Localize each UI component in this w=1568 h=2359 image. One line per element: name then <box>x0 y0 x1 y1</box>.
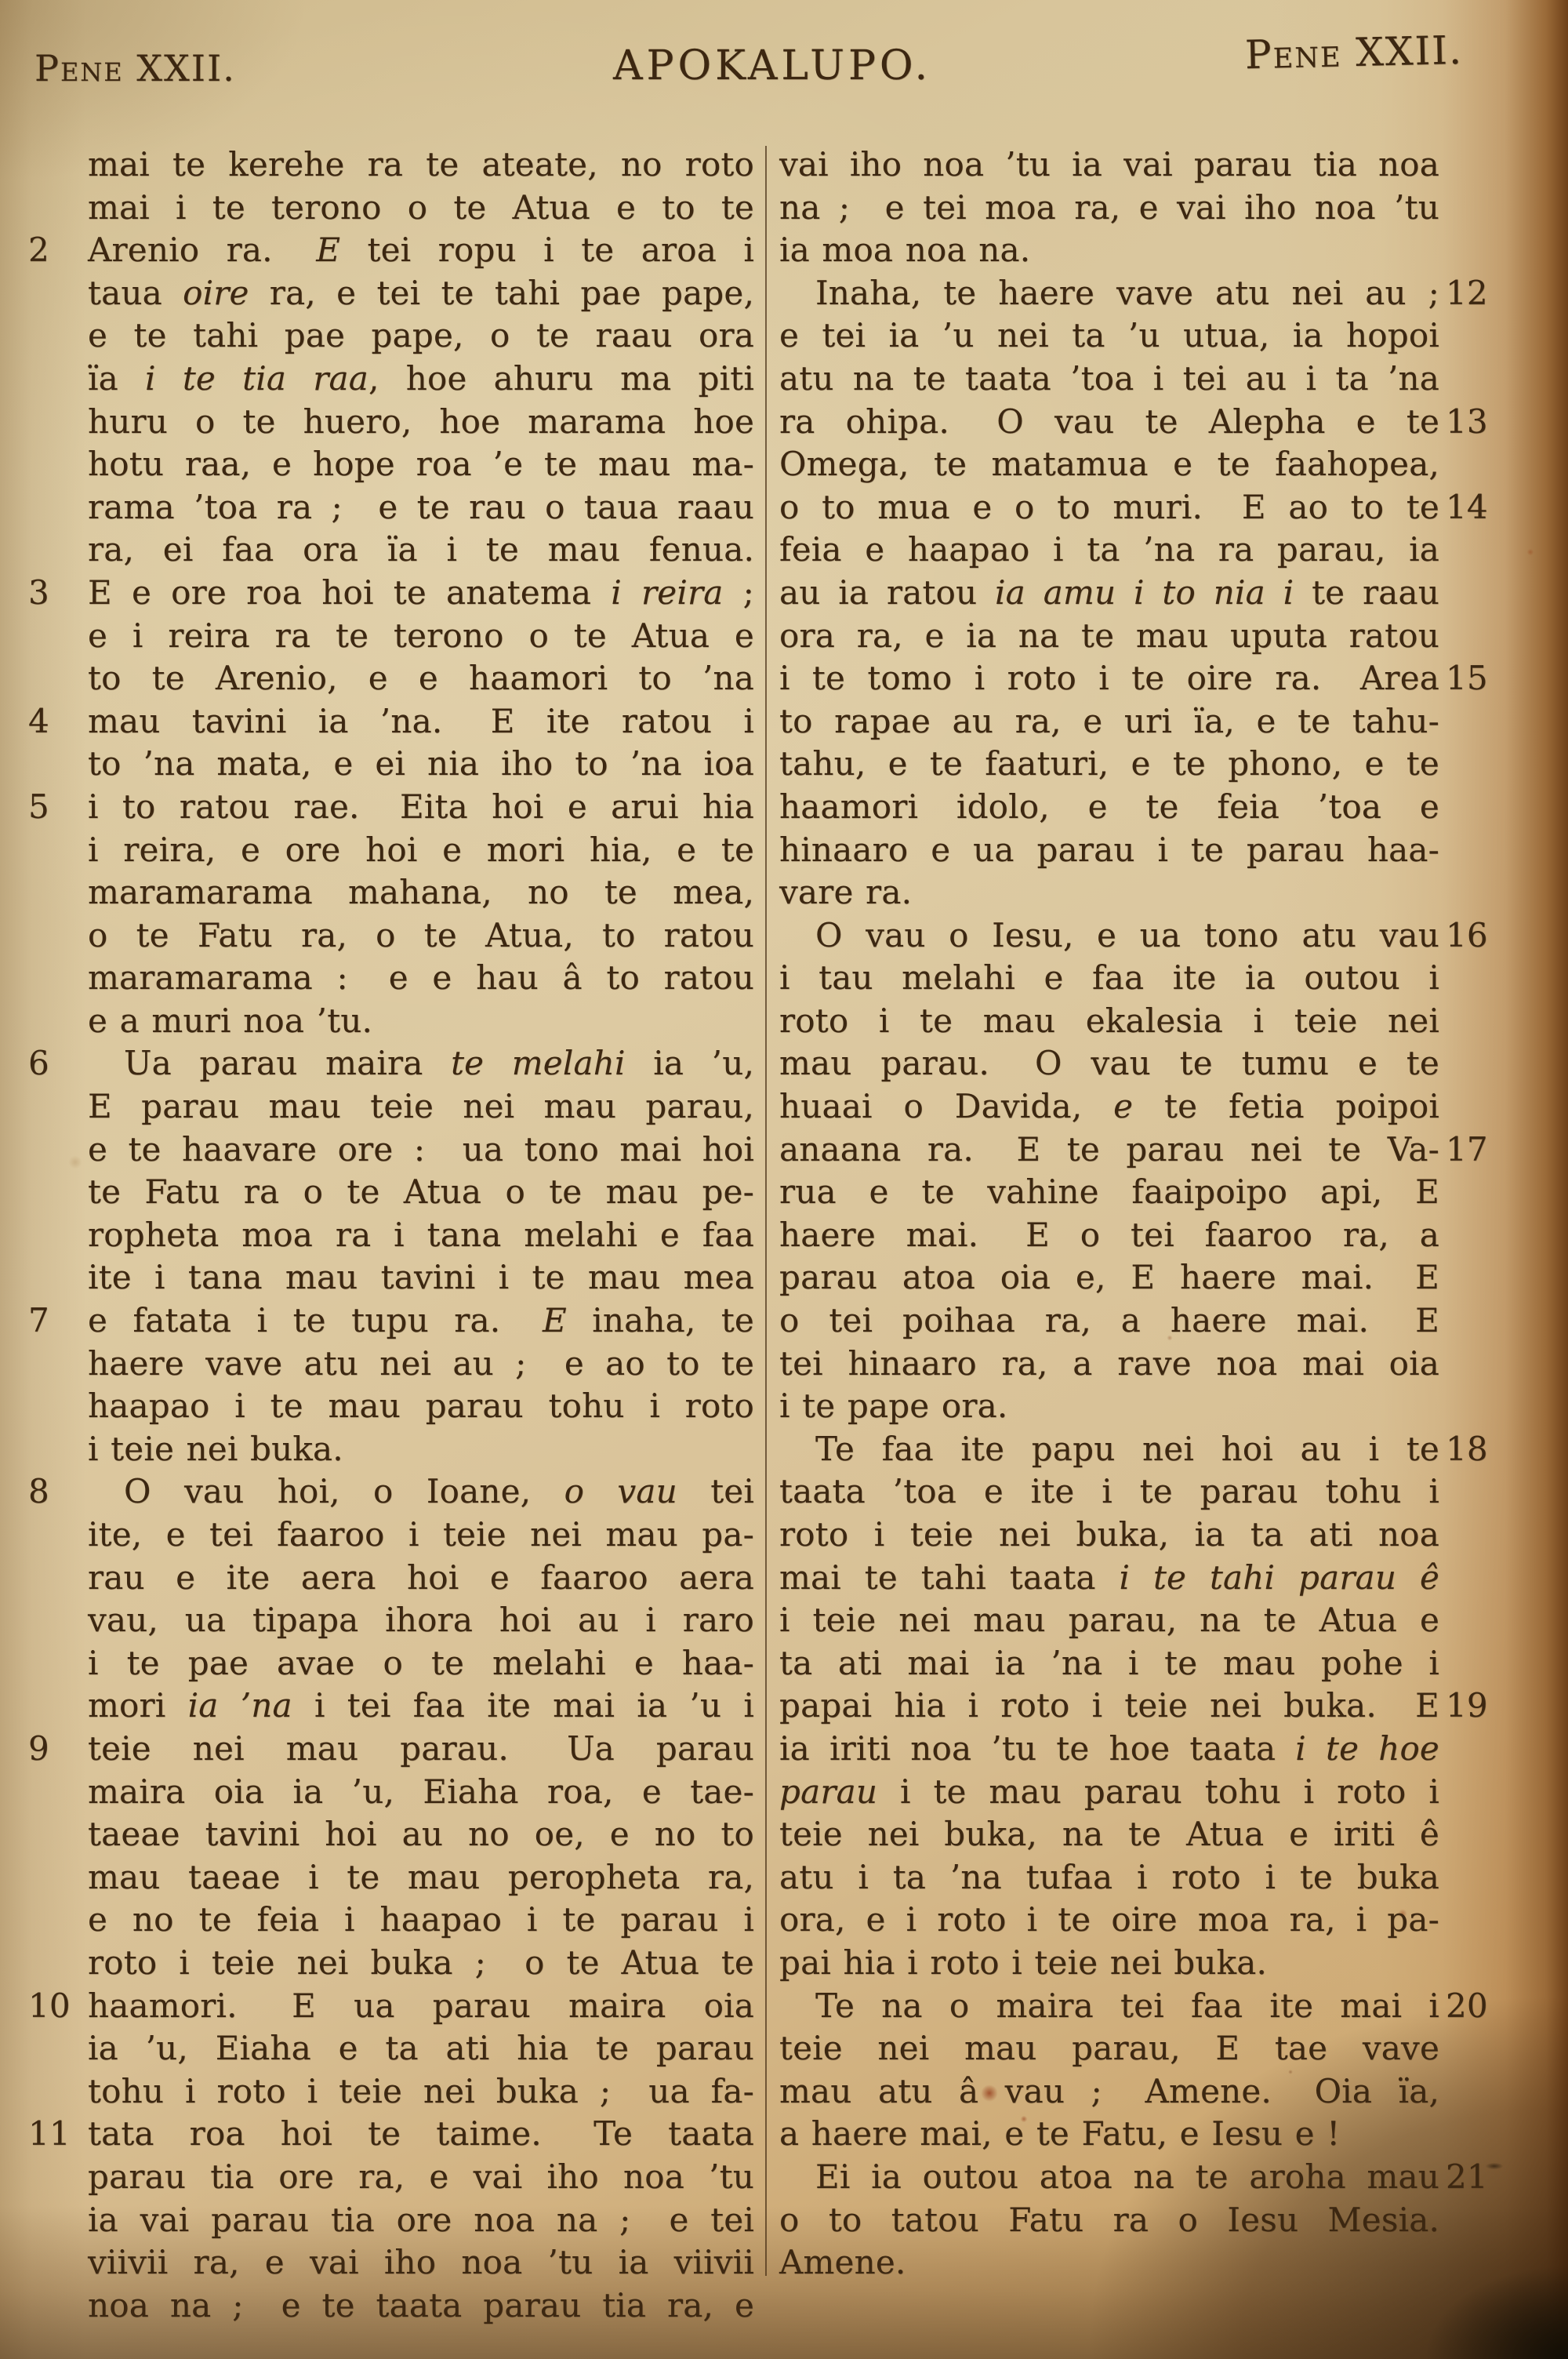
text-line: roto i teie nei buka, ia ta ati noa <box>779 1514 1439 1557</box>
text-line: e te tahi pae pape, o te raau ora <box>88 314 754 358</box>
text-line: to te Arenio, e e haamori to ’na <box>88 657 754 700</box>
verse-number: 16 <box>1446 914 1513 958</box>
text-line: o te Fatu ra, o te Atua, to ratou <box>88 914 754 958</box>
verse-number: 13 <box>1446 401 1513 444</box>
text-line: mai te tahi taata i te tahi parau ê <box>779 1557 1439 1600</box>
verse-number: 15 <box>1446 657 1513 700</box>
text-line: ia iriti noa ’tu te hoe taata i te hoe <box>779 1728 1439 1771</box>
verse-number: 12 <box>1446 272 1513 315</box>
text-line: au ia ratou ia amu i to nia i te raau <box>779 572 1439 615</box>
text-line: 20Te na o maira tei faa ite mai i <box>779 1985 1439 2028</box>
text-line: parau atoa oia e, E haere mai. E <box>779 1256 1439 1299</box>
text-line: to ’na mata, e ei nia iho to ’na ioa <box>88 743 754 786</box>
text-line: o to tatou Fatu ra o Iesu Mesia. <box>779 2199 1439 2242</box>
text-line: mai i te terono o te Atua e to te <box>88 187 754 230</box>
text-line: ropheta moa ra i tana melahi e faa <box>88 1214 754 1257</box>
verse-number: 18 <box>1446 1428 1513 1471</box>
text-line: mori ia ’na i tei faa ite mai ia ’u i <box>88 1685 754 1728</box>
text-line: noa na ; e te taata parau tia ra, e <box>88 2284 754 2328</box>
text-line: huaai o Davida, e te fetia poipoi <box>779 1085 1439 1129</box>
text-line: i reira, e ore hoi e mori hia, e te <box>88 829 754 872</box>
text-line: e i reira ra te terono o te Atua e <box>88 615 754 658</box>
text-line: vare ra. <box>779 871 1439 914</box>
text-line: mau atu â vau ; Amene. Oia ïa, <box>779 2070 1439 2114</box>
text-line: 9teie nei mau parau. Ua parau <box>88 1728 754 1771</box>
verse-number: 11 <box>28 2113 77 2156</box>
text-line: ra, ei faa ora ïa i te mau fenua. <box>88 529 754 572</box>
text-line: 4mau tavini ia ’na. E ite ratou i <box>88 700 754 743</box>
text-line: teie nei buka, na te Atua e iriti ê <box>779 1813 1439 1856</box>
text-line: huru o te huero, hoe marama hoe <box>88 401 754 444</box>
text-line: ora ra, e ia na te mau uputa ratou <box>779 615 1439 658</box>
text-line: 7e fatata i te tupu ra. E inaha, te <box>88 1299 754 1343</box>
text-line: atu na te taata ’toa i tei au i ta ’na <box>779 358 1439 401</box>
text-line: 16O vau o Iesu, e ua tono atu vau <box>779 914 1439 958</box>
text-line: to rapae au ra, e uri ïa, e te tahu- <box>779 700 1439 743</box>
text-line: 2Arenio ra. E tei ropu i te aroa i <box>88 229 754 272</box>
text-line: haapao i te mau parau tohu i roto <box>88 1385 754 1428</box>
text-line: 15i te tomo i roto i te oire ra. Area <box>779 657 1439 700</box>
text-line: e te haavare ore : ua tono mai hoi <box>88 1129 754 1172</box>
text-line: i tau melahi e faa ite ia outou i <box>779 957 1439 1000</box>
text-line: 8O vau hoi, o Ioane, o vau tei <box>88 1470 754 1514</box>
text-line: 17anaana ra. E te parau nei te Va- <box>779 1129 1439 1172</box>
text-line: tei hinaaro ra, a rave noa mai oia <box>779 1343 1439 1386</box>
text-line: o tei poihaa ra, a haere mai. E <box>779 1299 1439 1343</box>
text-line: ia ’u, Eiaha e ta ati hia te parau <box>88 2027 754 2070</box>
verse-number: 5 <box>28 786 77 829</box>
page-title: APOKALUPO. <box>613 42 931 89</box>
text-line: ite i tana mau tavini i te mau mea <box>88 1256 754 1299</box>
text-line: feia e haapao i ta ’na ra parau, ia <box>779 529 1439 572</box>
text-line: maira oia ia ’u, Eiaha roa, e tae- <box>88 1771 754 1814</box>
text-line: ïa i te tia raa, hoe ahuru ma piti <box>88 358 754 401</box>
text-line: 11tata roa hoi te taime. Te taata <box>88 2113 754 2156</box>
text-line: ia vai parau tia ore noa na ; e tei <box>88 2199 754 2242</box>
text-line: taua oire ra, e tei te tahi pae pape, <box>88 272 754 315</box>
text-line: te Fatu ra o te Atua o te mau pe- <box>88 1171 754 1214</box>
verse-number: 19 <box>1446 1685 1513 1728</box>
text-line: tohu i roto i teie nei buka ; ua fa- <box>88 2070 754 2114</box>
text-line: 19papai hia i roto i teie nei buka. E <box>779 1685 1439 1728</box>
verse-number: 7 <box>28 1299 77 1343</box>
text-line: i teie nei buka. <box>88 1428 754 1471</box>
text-line: mai te kerehe ra te ateate, no roto <box>88 144 754 187</box>
verse-number: 17 <box>1446 1129 1513 1172</box>
text-line: roto i te mau ekalesia i teie nei <box>779 1000 1439 1043</box>
verse-number: 14 <box>1446 486 1513 529</box>
text-line: parau tia ore ra, e vai iho noa ’tu <box>88 2156 754 2199</box>
text-line: vau, ua tipapa ihora hoi au i raro <box>88 1599 754 1642</box>
verse-number: 9 <box>28 1728 77 1771</box>
text-line: 10haamori. E ua parau maira oia <box>88 1985 754 2028</box>
right-column: vai iho noa ’tu ia vai parau tia noana ;… <box>779 144 1439 2284</box>
text-line: i te pape ora. <box>779 1385 1439 1428</box>
book-page: Pene XXII. APOKALUPO. Pene XXII. mai te … <box>0 0 1568 2359</box>
text-line: e tei ia ’u nei ta ’u utua, ia hopoi <box>779 314 1439 358</box>
text-line: roto i teie nei buka ; o te Atua te <box>88 1942 754 1985</box>
text-line: 3E e ore roa hoi te anatema i reira ; <box>88 572 754 615</box>
text-line: ora, e i roto i te oire moa ra, i pa- <box>779 1899 1439 1942</box>
verse-number: 6 <box>28 1042 77 1085</box>
verse-number: 2 <box>28 229 77 272</box>
text-line: hinaaro e ua parau i te parau haa- <box>779 829 1439 872</box>
text-line: 21Ei ia outou atoa na te aroha mau <box>779 2156 1439 2199</box>
text-line: tahu, e te faaturi, e te phono, e te <box>779 743 1439 786</box>
text-line: taata ’toa e ite i te parau tohu i <box>779 1470 1439 1514</box>
text-line: viivii ra, e vai iho noa ’tu ia viivii <box>88 2241 754 2284</box>
text-line: mau parau. O vau te tumu e te <box>779 1042 1439 1085</box>
text-line: parau i te mau parau tohu i roto i <box>779 1771 1439 1814</box>
text-line: E parau mau teie nei mau parau, <box>88 1085 754 1129</box>
text-line: i teie nei mau parau, na te Atua e <box>779 1599 1439 1642</box>
text-line: ite, e tei faaroo i teie nei mau pa- <box>88 1514 754 1557</box>
column-divider <box>765 146 767 2276</box>
text-line: taeae tavini hoi au no oe, e no to <box>88 1813 754 1856</box>
text-line: rama ’toa ra ; e te rau o taua raau <box>88 486 754 529</box>
text-line: haere vave atu nei au ; e ao to te <box>88 1343 754 1386</box>
text-line: rua e te vahine faaipoipo api, E <box>779 1171 1439 1214</box>
text-line: haamori idolo, e te feia ’toa e <box>779 786 1439 829</box>
text-line: teie nei mau parau, E tae vave <box>779 2027 1439 2070</box>
text-line: 5i to ratou rae. Eita hoi e arui hia <box>88 786 754 829</box>
verse-number: 20 <box>1446 1985 1513 2028</box>
running-header-left: Pene XXII. <box>34 47 236 89</box>
text-line: Amene. <box>779 2241 1439 2284</box>
text-line: e no te feia i haapao i te parau i <box>88 1899 754 1942</box>
left-column: mai te kerehe ra te ateate, no rotomai i… <box>88 144 754 2327</box>
text-line: ta ati mai ia ’na i te mau pohe i <box>779 1642 1439 1685</box>
verse-number: 21 <box>1446 2156 1513 2199</box>
text-line: Omega, te matamua e te faahopea, <box>779 443 1439 486</box>
text-line: 6Ua parau maira te melahi ia ’u, <box>88 1042 754 1085</box>
text-line: atu i ta ’na tufaa i roto i te buka <box>779 1856 1439 1899</box>
text-line: maramarama mahana, no te mea, <box>88 871 754 914</box>
text-line: a haere mai, e te Fatu, e Iesu e ! <box>779 2113 1439 2156</box>
text-line: haere mai. E o tei faaroo ra, a <box>779 1214 1439 1257</box>
text-line: 14o to mua e o to muri. E ao to te <box>779 486 1439 529</box>
verse-number: 10 <box>28 1985 77 2028</box>
running-header-right: Pene XXII. <box>1244 27 1463 78</box>
verse-number: 3 <box>28 572 77 615</box>
running-header: Pene XXII. APOKALUPO. Pene XXII. <box>0 38 1560 108</box>
text-line: i te pae avae o te melahi e haa- <box>88 1642 754 1685</box>
text-line: vai iho noa ’tu ia vai parau tia noa <box>779 144 1439 187</box>
text-line: pai hia i roto i teie nei buka. <box>779 1942 1439 1985</box>
text-line: hotu raa, e hope roa ’e te mau ma- <box>88 443 754 486</box>
text-line: e a muri noa ’tu. <box>88 1000 754 1043</box>
text-line: rau e ite aera hoi e faaroo aera <box>88 1557 754 1600</box>
text-line: mau taeae i te mau peropheta ra, <box>88 1856 754 1899</box>
text-line: 12Inaha, te haere vave atu nei au ; <box>779 272 1439 315</box>
text-line: maramarama : e e hau â to ratou <box>88 957 754 1000</box>
text-line: 13ra ohipa. O vau te Alepha e te <box>779 401 1439 444</box>
text-line: na ; e tei moa ra, e vai iho noa ’tu <box>779 187 1439 230</box>
text-line: ia moa noa na. <box>779 229 1439 272</box>
verse-number: 4 <box>28 700 77 743</box>
text-line: 18Te faa ite papu nei hoi au i te <box>779 1428 1439 1471</box>
verse-number: 8 <box>28 1470 77 1514</box>
